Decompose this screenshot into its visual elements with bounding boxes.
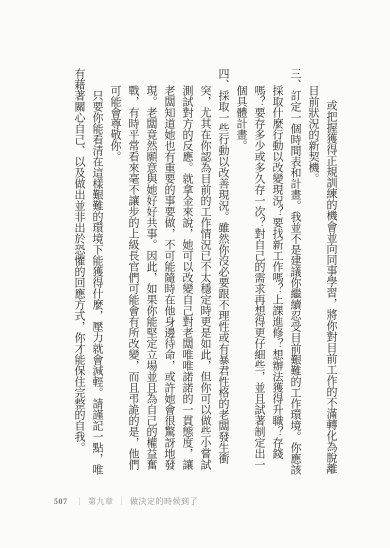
chapter-label: 第九章 <box>88 497 114 507</box>
list-item-four: 四、採取一些行動以改善現況。雖然你沒必要跟不理性或有暴君性格的老闆發生衝突，尤其… <box>106 68 232 480</box>
page-number: 507 <box>54 497 68 507</box>
chapter-title: 做決定的時候到了 <box>130 497 198 507</box>
list-item-three: 三、訂定一個時間表和計畫。我並不是建議你繼續忍受目前艱難的工作環境。你應該採取什… <box>232 68 304 480</box>
footer-separator: ｜ <box>118 497 127 507</box>
body-text: 或把握獲得正規訓練的機會並向同事學習，將你對目前工作的不滿轉化為脫離目前狀況的新… <box>70 68 340 480</box>
book-page: 或把握獲得正規訓練的機會並向同事學習，將你對目前工作的不滿轉化為脫離目前狀況的新… <box>0 0 390 548</box>
page-footer: 507 ｜ 第九章 ｜ 做決定的時候到了 <box>54 497 198 507</box>
paragraph-continuation: 或把握獲得正規訓練的機會並向同事學習，將你對目前工作的不滿轉化為脫離目前狀況的新… <box>304 68 340 480</box>
closing-paragraph: 只要你能看清在這樣艱難的環境下能獲得什麼，壓力就會減輕。請謹記一點，唯有藉著關心… <box>70 68 106 480</box>
footer-separator: ｜ <box>76 497 85 507</box>
